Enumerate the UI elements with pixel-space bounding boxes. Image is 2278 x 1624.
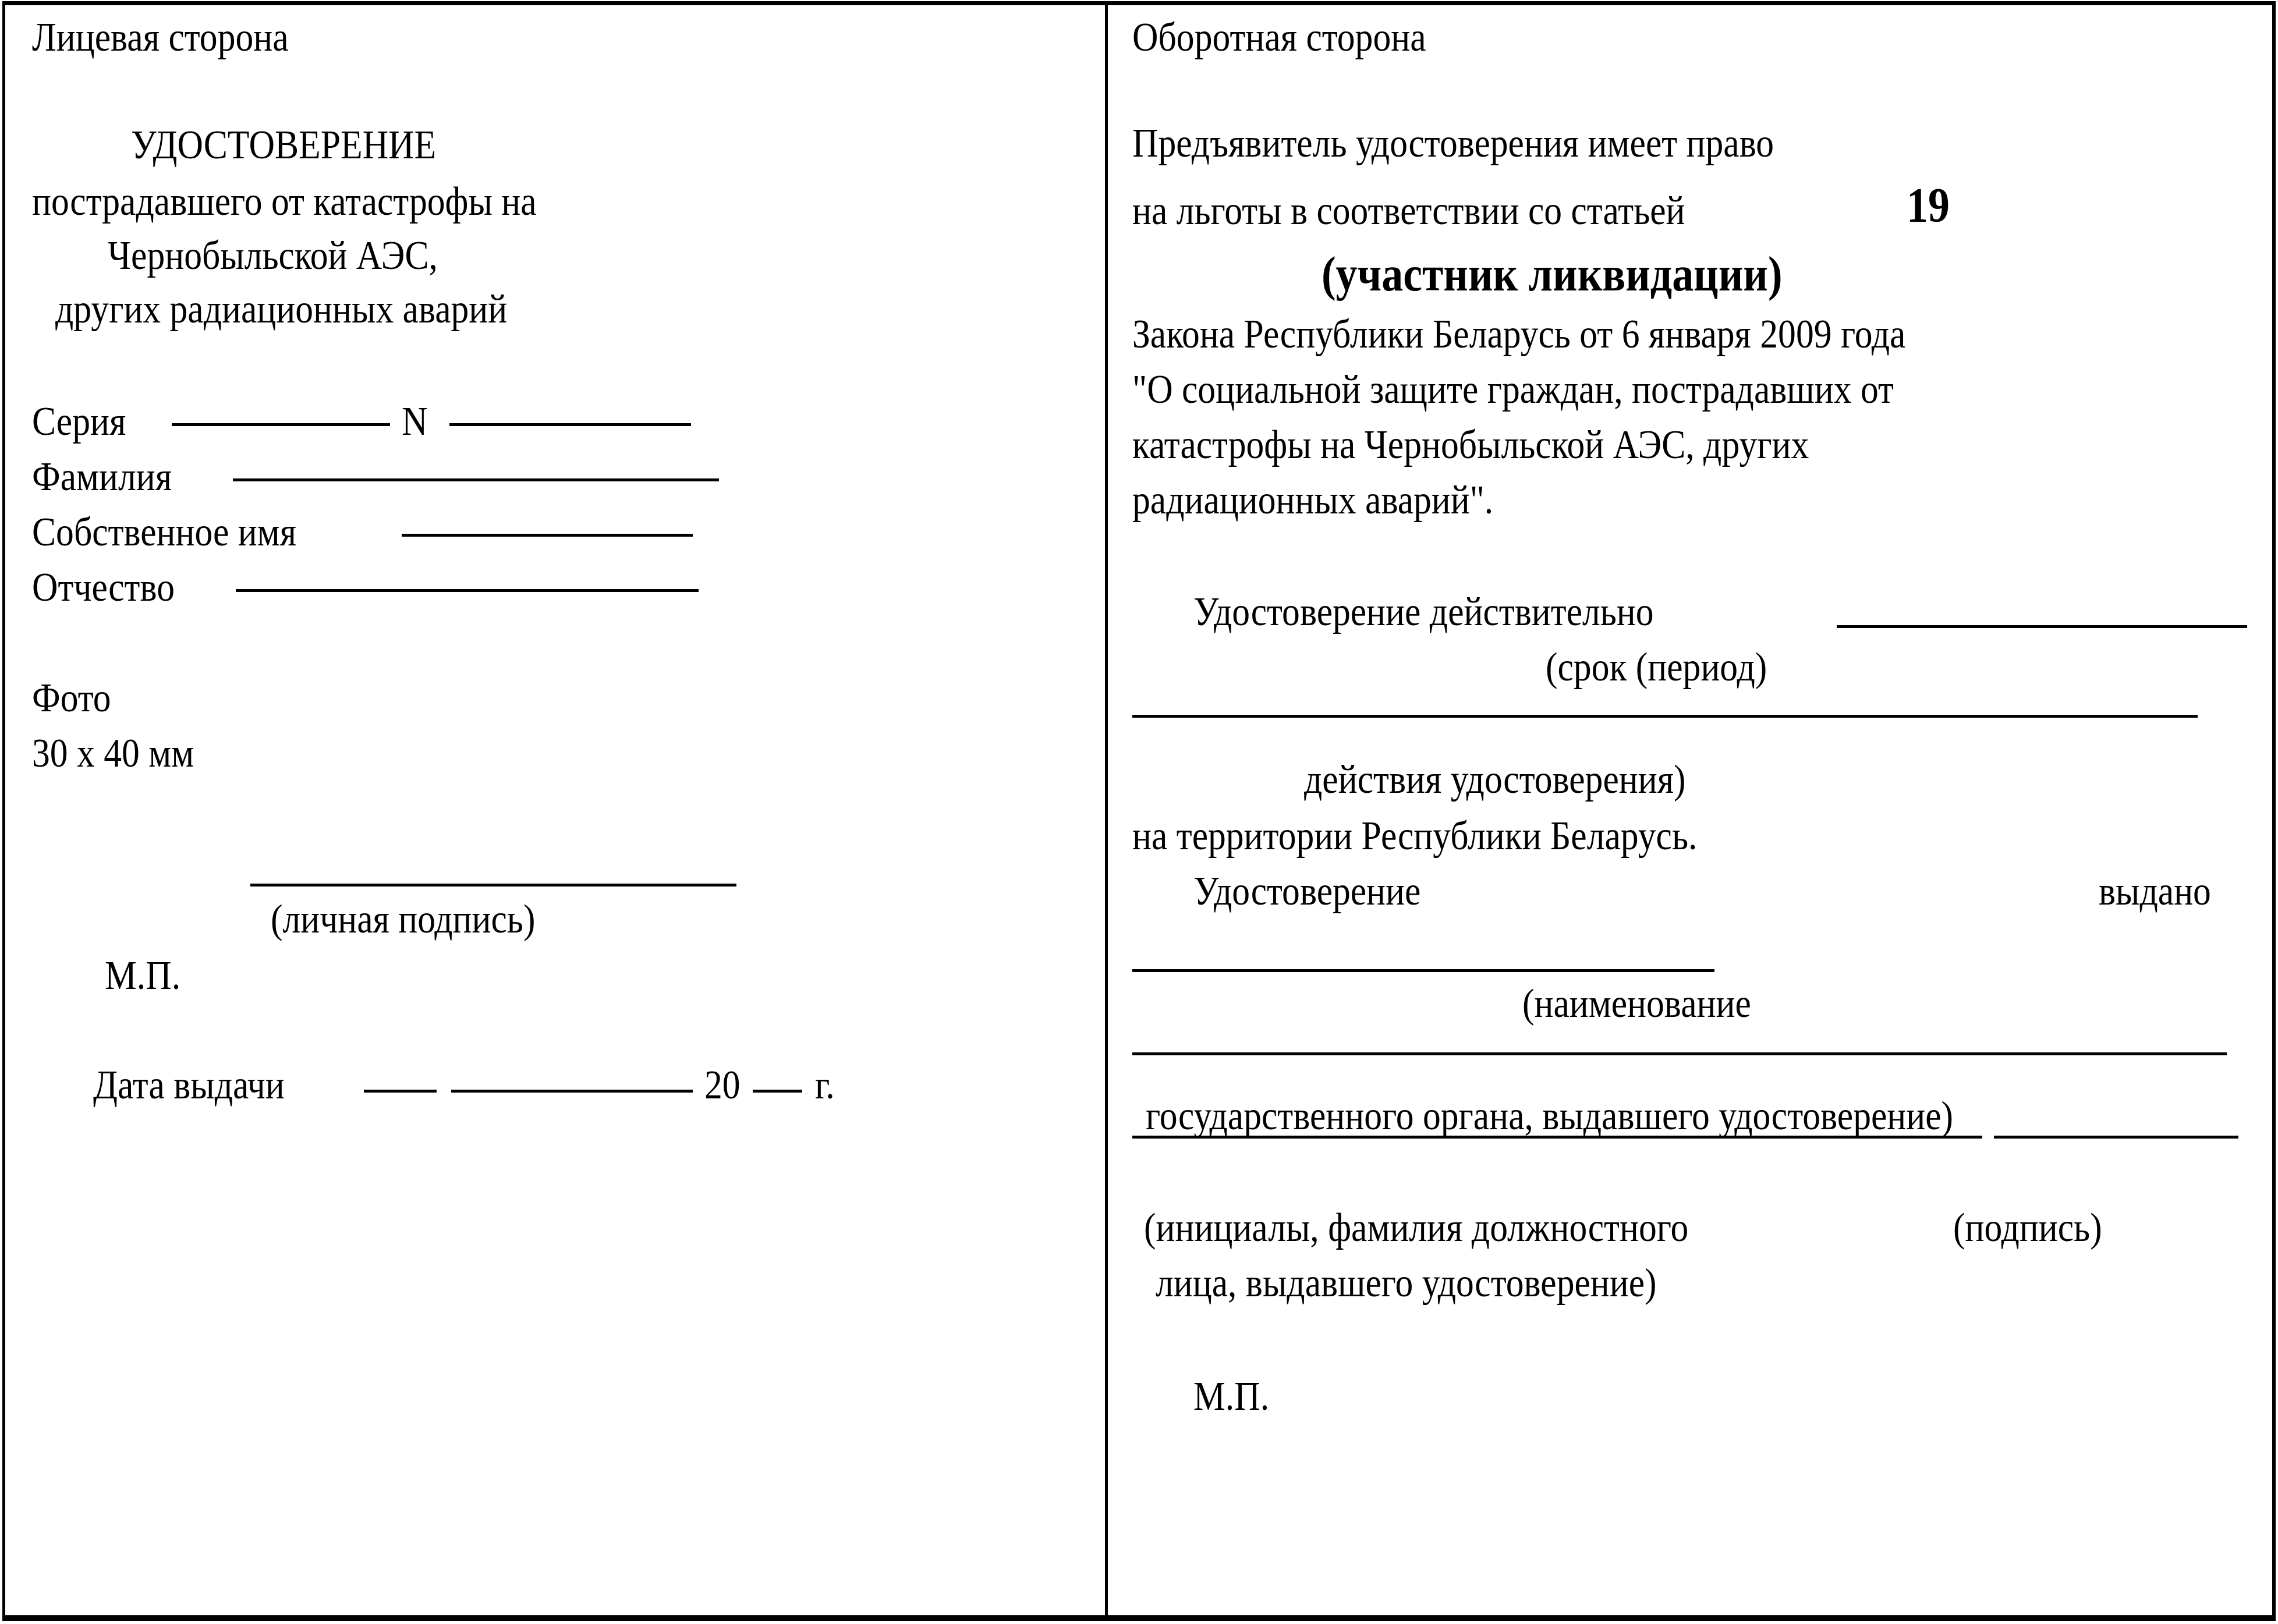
official-name-field[interactable] bbox=[1132, 1136, 1982, 1139]
territory-text: на территории Республики Беларусь. bbox=[1132, 816, 1697, 857]
rights-line-1: Предъявитель удостоверения имеет право bbox=[1132, 123, 1774, 164]
official-caption-2: лица, выдавшего удостоверение) bbox=[1156, 1263, 1657, 1304]
official-signature-caption: (подпись) bbox=[1953, 1208, 2102, 1249]
rights-line-2: на льготы в соответствии со статьей bbox=[1132, 191, 1685, 232]
subtitle-line-2: Чернобыльской АЭС, bbox=[108, 236, 438, 276]
subtitle-line-3: других радиационных аварий bbox=[55, 289, 507, 330]
name-field[interactable] bbox=[402, 534, 693, 537]
number-field[interactable] bbox=[449, 423, 691, 426]
photo-label: Фото bbox=[32, 678, 111, 719]
front-side-label: Лицевая сторона bbox=[32, 17, 289, 58]
issuer-caption-1: (наименование bbox=[1522, 984, 1751, 1024]
issue-year-field[interactable] bbox=[753, 1090, 802, 1093]
article-number: 19 bbox=[1907, 182, 1950, 231]
valid-label: Удостоверение действительно bbox=[1193, 592, 1654, 633]
subtitle-line-1: пострадавшего от катастрофы на bbox=[32, 182, 537, 222]
issuer-caption-2: государственного органа, выдавшего удост… bbox=[1146, 1096, 1953, 1137]
series-field[interactable] bbox=[172, 423, 390, 426]
law-line-3: катастрофы на Чернобыльской АЭС, других bbox=[1132, 425, 1809, 466]
number-label: N bbox=[402, 402, 427, 442]
issue-year-suffix: г. bbox=[815, 1065, 835, 1106]
back-side-label: Оборотная сторона bbox=[1132, 17, 1426, 58]
personal-signature-field[interactable] bbox=[250, 884, 736, 887]
law-line-1: Закона Республики Беларусь от 6 января 2… bbox=[1132, 314, 1905, 355]
issued-label-left: Удостоверение bbox=[1193, 871, 1420, 912]
issue-year-prefix: 20 bbox=[704, 1065, 741, 1106]
series-label: Серия bbox=[32, 402, 126, 442]
issuer-field-1[interactable] bbox=[1132, 969, 1714, 972]
official-caption-1: (инициалы, фамилия должностного bbox=[1144, 1208, 1688, 1249]
category-label: (участник ликвидации) bbox=[1322, 250, 1783, 299]
issued-label-right: выдано bbox=[2099, 871, 2211, 912]
name-label: Собственное имя bbox=[32, 512, 296, 553]
official-signature-field[interactable] bbox=[1994, 1136, 2238, 1139]
issuer-field-2[interactable] bbox=[1132, 1052, 2227, 1055]
law-line-2: "О социальной защите граждан, пострадавш… bbox=[1132, 370, 1894, 410]
validity-caption-2: действия удостоверения) bbox=[1304, 760, 1686, 800]
front-stamp-label: М.П. bbox=[105, 956, 180, 997]
issue-date-label: Дата выдачи bbox=[93, 1065, 285, 1106]
issue-month-field[interactable] bbox=[451, 1090, 693, 1093]
photo-size: 30 x 40 мм bbox=[32, 733, 194, 774]
surname-field[interactable] bbox=[233, 478, 719, 481]
personal-signature-caption: (личная подпись) bbox=[271, 899, 535, 940]
back-stamp-label: М.П. bbox=[1193, 1377, 1269, 1417]
law-line-4: радиационных аварий". bbox=[1132, 480, 1493, 521]
surname-label: Фамилия bbox=[32, 457, 172, 498]
patronymic-label: Отчество bbox=[32, 568, 175, 608]
validity-period-field-2[interactable] bbox=[1132, 715, 2198, 718]
column-divider bbox=[1105, 1, 1108, 1621]
validity-period-field-1[interactable] bbox=[1837, 625, 2247, 628]
patronymic-field[interactable] bbox=[236, 589, 699, 592]
validity-caption-1: (срок (период) bbox=[1546, 647, 1767, 688]
issue-day-field[interactable] bbox=[364, 1090, 437, 1093]
document-title: УДОСТОВЕРЕНИЕ bbox=[131, 125, 436, 166]
